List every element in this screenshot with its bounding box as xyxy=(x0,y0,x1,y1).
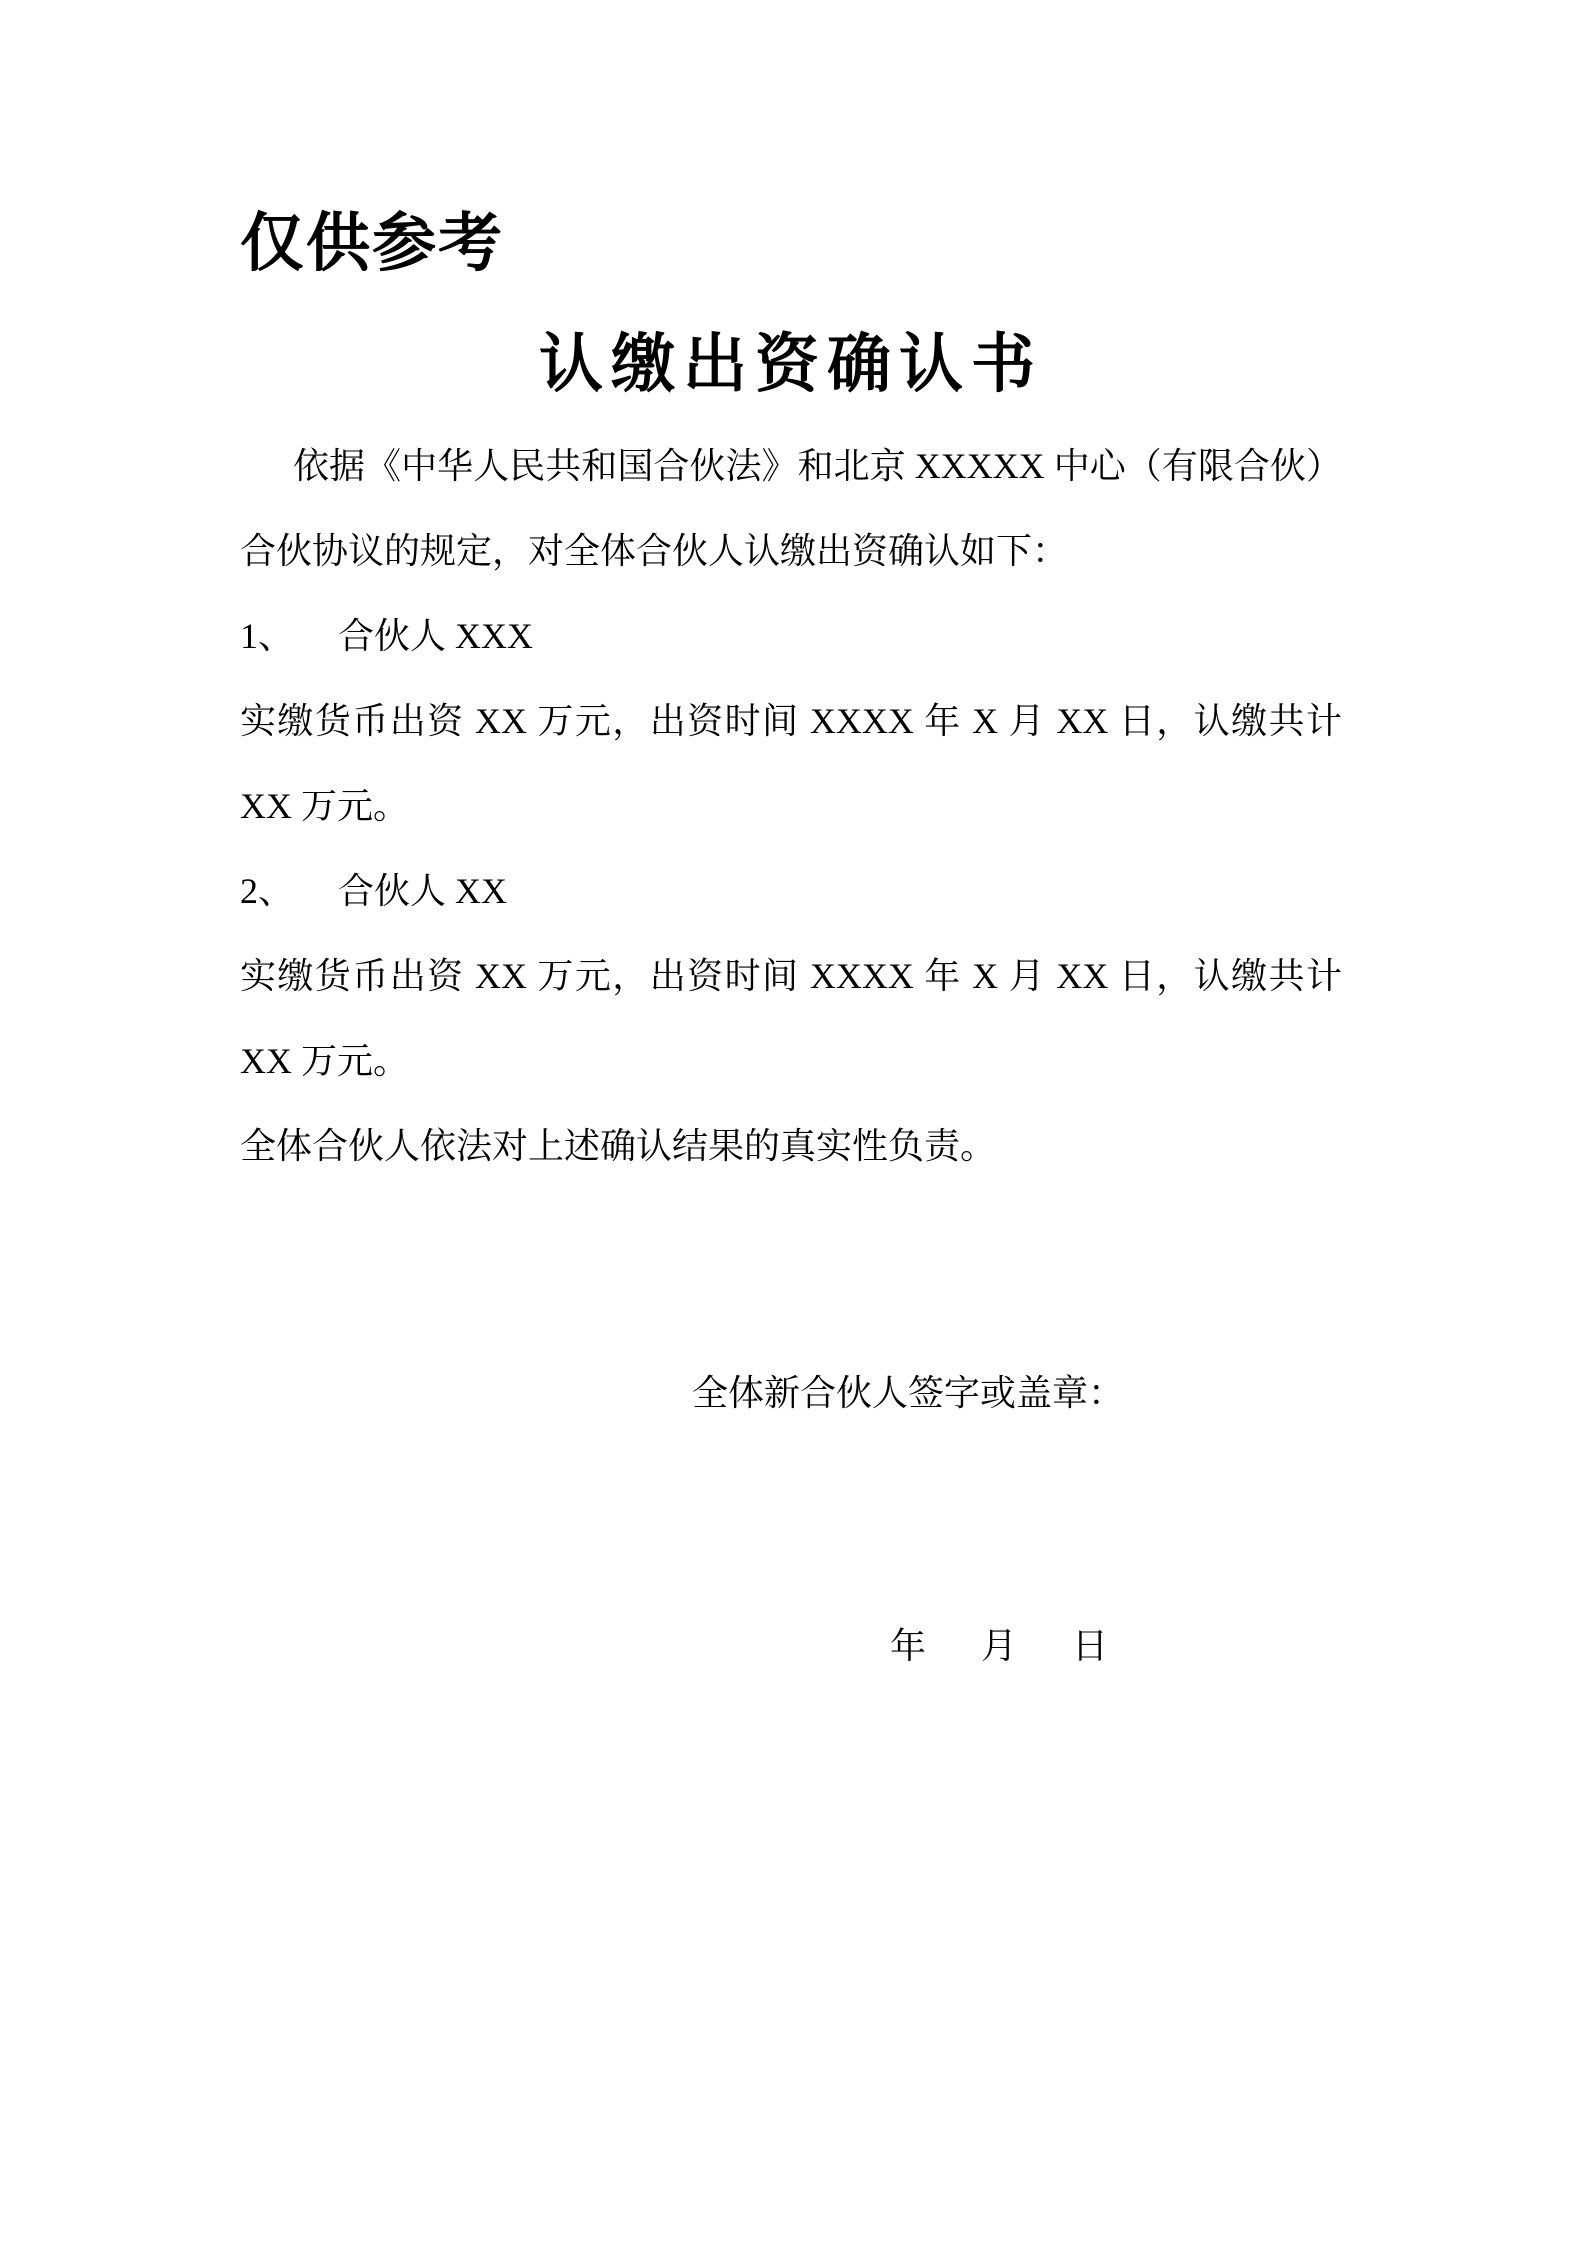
item-2-number: 2、 xyxy=(240,871,294,911)
item-1-name: 合伙人 XXX xyxy=(338,616,533,656)
item-1-detail-line-1: 实缴货币出资 XX 万元，出资时间 XXXX 年 X 月 XX 日，认缴共计 xyxy=(240,679,1342,764)
intro-line-2: 合伙协议的规定，对全体合伙人认缴出资确认如下： xyxy=(240,509,1342,594)
date-year-label: 年 xyxy=(890,1604,926,1689)
item-1-number: 1、 xyxy=(240,616,294,656)
item-2-detail-line-2: XX 万元。 xyxy=(240,1019,1342,1104)
document-title: 认缴出资确认书 xyxy=(240,333,1342,397)
document-body: 依据《中华人民共和国合伙法》和北京 XXXXX 中心（有限合伙） 合伙协议的规定… xyxy=(240,424,1342,1189)
date-line: 年 月 日 xyxy=(240,1604,1342,1689)
intro-line-1: 依据《中华人民共和国合伙法》和北京 XXXXX 中心（有限合伙） xyxy=(240,424,1342,509)
item-1-heading: 1、合伙人 XXX xyxy=(240,594,1342,679)
document-page: 仅供参考 认缴出资确认书 依据《中华人民共和国合伙法》和北京 XXXXX 中心（… xyxy=(0,0,1587,2245)
item-2-name: 合伙人 XX xyxy=(338,871,507,911)
date-month-label: 月 xyxy=(981,1604,1017,1689)
signature-label: 全体新合伙人签字或盖章： xyxy=(240,1351,1342,1436)
date-day-label: 日 xyxy=(1072,1604,1108,1689)
item-2-detail-line-1: 实缴货币出资 XX 万元，出资时间 XXXX 年 X 月 XX 日，认缴共计 xyxy=(240,934,1342,1019)
reference-note: 仅供参考 xyxy=(240,212,1342,276)
item-2-heading: 2、合伙人 XX xyxy=(240,849,1342,934)
item-1-detail-line-2: XX 万元。 xyxy=(240,764,1342,849)
closing-statement: 全体合伙人依法对上述确认结果的真实性负责。 xyxy=(240,1104,1342,1189)
